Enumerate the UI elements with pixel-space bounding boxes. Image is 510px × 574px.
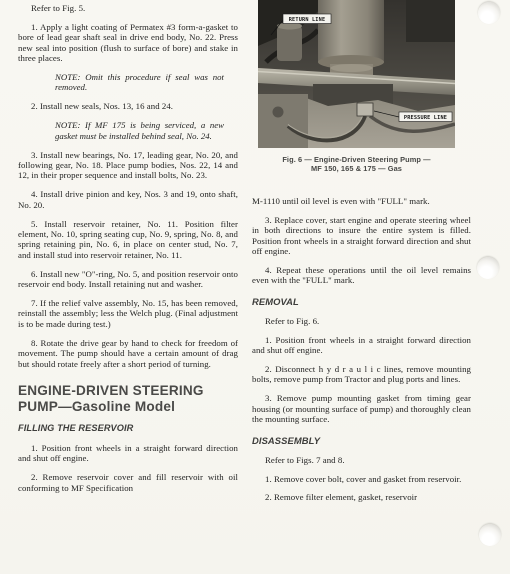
refer-paragraph: Refer to Fig. 6. <box>252 316 471 326</box>
step-paragraph: 1. Position front wheels in a straight f… <box>252 335 471 356</box>
continuation-paragraph: M-1110 until oil level is even with "FUL… <box>252 196 471 206</box>
figure-caption-line1: Fig. 6 — Engine-Driven Steering Pump — <box>258 155 455 164</box>
pump-reservoir <box>318 0 384 62</box>
step-paragraph: 4. Repeat these operations until the oil… <box>252 265 471 286</box>
left-column: Refer to Fig. 5. 1. Apply a light coatin… <box>18 0 238 502</box>
section-heading-line2: PUMP—Gasoline Model <box>18 399 238 415</box>
figure-6: RETURN LINE PRESSURE LINE Fig. 6 — Engin… <box>252 0 471 173</box>
binder-hole <box>479 524 501 546</box>
disassembly-heading: DISASSEMBLY <box>252 435 471 446</box>
pressure-fitting <box>357 103 373 116</box>
small-canister <box>277 26 302 61</box>
step-paragraph: 7. If the relief valve assembly, No. 15,… <box>18 298 238 329</box>
step-paragraph: 3. Replace cover, start engine and opera… <box>252 215 471 257</box>
step-paragraph: 2. Remove reservoir cover and fill reser… <box>18 472 238 493</box>
binder-hole <box>478 2 500 24</box>
step-paragraph: 8. Rotate the drive gear by hand to chec… <box>18 338 238 369</box>
note-paragraph: NOTE: Omit this procedure if seal was no… <box>55 72 224 93</box>
section-heading-line1: ENGINE-DRIVEN STEERING <box>18 383 238 399</box>
figure-caption: Fig. 6 — Engine-Driven Steering Pump — M… <box>258 155 455 173</box>
step-paragraph: 2. Disconnect h y d r a u l i c lines, r… <box>252 364 471 385</box>
step-paragraph: 4. Install drive pinion and key, Nos. 3 … <box>18 189 238 210</box>
step-paragraph: 2. Install new seals, Nos. 13, 16 and 24… <box>18 101 238 111</box>
return-line-label: RETURN LINE <box>283 14 331 24</box>
refer-paragraph: Refer to Figs. 7 and 8. <box>252 455 471 465</box>
step-paragraph: 5. Install reservoir retainer, No. 11. P… <box>18 219 238 261</box>
intro-paragraph: Refer to Fig. 5. <box>18 3 238 13</box>
photo-shadow-topright <box>406 0 455 42</box>
filling-reservoir-heading: FILLING THE RESERVOIR <box>18 423 238 433</box>
step-paragraph: 6. Install new "O"-ring, No. 5, and posi… <box>18 269 238 290</box>
pressure-line-label: PRESSURE LINE <box>399 112 452 122</box>
steering-pump-photo: RETURN LINE PRESSURE LINE <box>258 0 455 148</box>
pump-neck-ring <box>331 64 373 72</box>
right-column: RETURN LINE PRESSURE LINE Fig. 6 — Engin… <box>252 0 471 511</box>
step-paragraph: 2. Remove filter element, gasket, reserv… <box>252 492 471 502</box>
section-heading: ENGINE-DRIVEN STEERING PUMP—Gasoline Mod… <box>18 383 238 415</box>
step-paragraph: 1. Apply a light coating of Permatex #3 … <box>18 22 238 64</box>
casting-bolt <box>273 107 284 118</box>
binder-hole <box>477 257 499 279</box>
removal-heading: REMOVAL <box>252 296 471 307</box>
figure-caption-line2: MF 150, 165 & 175 — Gas <box>258 164 455 173</box>
step-paragraph: 1. Remove cover bolt, cover and gasket f… <box>252 474 471 484</box>
step-paragraph: 1. Position front wheels in a straight f… <box>18 443 238 464</box>
return-line-label-text: RETURN LINE <box>289 17 326 23</box>
pressure-line-label-text: PRESSURE LINE <box>404 115 447 121</box>
left-casting-block <box>258 94 308 148</box>
step-paragraph: 3. Remove pump mounting gasket from timi… <box>252 393 471 424</box>
note-paragraph: NOTE: If MF 175 is being serviced, a new… <box>55 120 224 141</box>
manual-page: Refer to Fig. 5. 1. Apply a light coatin… <box>0 0 510 574</box>
step-paragraph: 3. Install new bearings, No. 17, leading… <box>18 150 238 181</box>
